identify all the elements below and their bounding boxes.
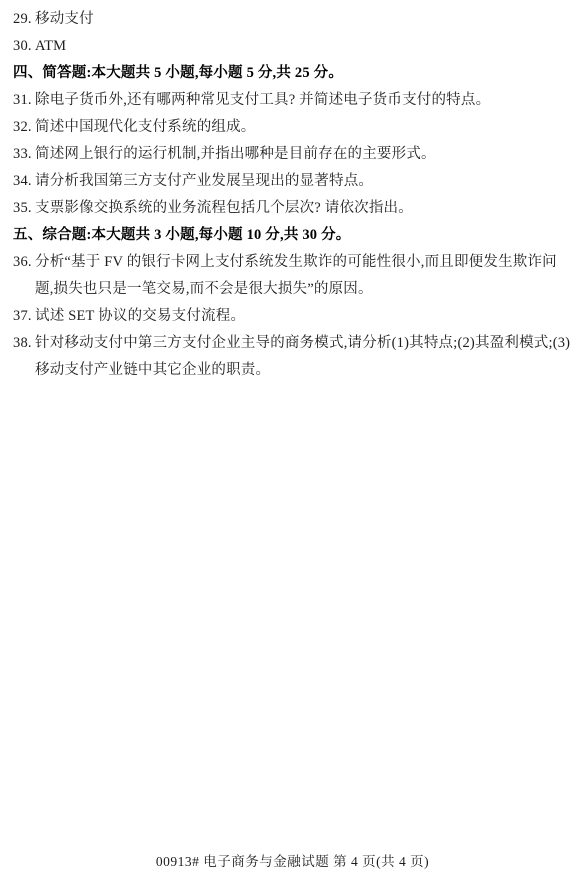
question-number: 34. xyxy=(13,168,35,195)
question-number: 36. xyxy=(13,249,35,276)
question-37: 37. 试述 SET 协议的交易支付流程。 xyxy=(13,303,571,330)
question-number: 31. xyxy=(13,87,35,114)
question-text: 简述中国现代化支付系统的组成。 xyxy=(35,114,571,141)
question-number: 32. xyxy=(13,114,35,141)
question-text: 分析“基于 FV 的银行卡网上支付系统发生欺诈的可能性很小,而且即便发生欺诈问题… xyxy=(35,249,571,303)
question-text: 支票影像交换系统的业务流程包括几个层次? 请依次指出。 xyxy=(35,195,571,222)
question-text: 试述 SET 协议的交易支付流程。 xyxy=(35,303,571,330)
question-36: 36. 分析“基于 FV 的银行卡网上支付系统发生欺诈的可能性很小,而且即便发生… xyxy=(13,249,571,303)
question-29: 29. 移动支付 xyxy=(13,6,571,33)
exam-content: 29. 移动支付 30. ATM 四、简答题:本大题共 5 小题,每小题 5 分… xyxy=(13,6,571,384)
question-number: 38. xyxy=(13,330,35,357)
question-text: ATM xyxy=(35,33,571,60)
question-35: 35. 支票影像交换系统的业务流程包括几个层次? 请依次指出。 xyxy=(13,195,571,222)
exam-page: 29. 移动支付 30. ATM 四、简答题:本大题共 5 小题,每小题 5 分… xyxy=(0,0,585,885)
question-number: 29. xyxy=(13,6,35,33)
question-text: 简述网上银行的运行机制,并指出哪种是目前存在的主要形式。 xyxy=(35,141,571,168)
section-header-short-answer: 四、简答题:本大题共 5 小题,每小题 5 分,共 25 分。 xyxy=(13,60,571,87)
question-number: 33. xyxy=(13,141,35,168)
question-32: 32. 简述中国现代化支付系统的组成。 xyxy=(13,114,571,141)
question-text: 针对移动支付中第三方支付企业主导的商务模式,请分析(1)其特点;(2)其盈利模式… xyxy=(35,330,571,384)
question-30: 30. ATM xyxy=(13,33,571,60)
question-33: 33. 简述网上银行的运行机制,并指出哪种是目前存在的主要形式。 xyxy=(13,141,571,168)
question-text: 移动支付 xyxy=(35,6,571,33)
question-31: 31. 除电子货币外,还有哪两种常见支付工具? 并简述电子货币支付的特点。 xyxy=(13,87,571,114)
question-38: 38. 针对移动支付中第三方支付企业主导的商务模式,请分析(1)其特点;(2)其… xyxy=(13,330,571,384)
question-number: 37. xyxy=(13,303,35,330)
page-footer: 00913# 电子商务与金融试题 第 4 页(共 4 页) xyxy=(0,848,585,875)
question-number: 30. xyxy=(13,33,35,60)
question-34: 34. 请分析我国第三方支付产业发展呈现出的显著特点。 xyxy=(13,168,571,195)
question-number: 35. xyxy=(13,195,35,222)
question-text: 除电子货币外,还有哪两种常见支付工具? 并简述电子货币支付的特点。 xyxy=(35,87,571,114)
question-text: 请分析我国第三方支付产业发展呈现出的显著特点。 xyxy=(35,168,571,195)
section-header-comprehensive: 五、综合题:本大题共 3 小题,每小题 10 分,共 30 分。 xyxy=(13,222,571,249)
